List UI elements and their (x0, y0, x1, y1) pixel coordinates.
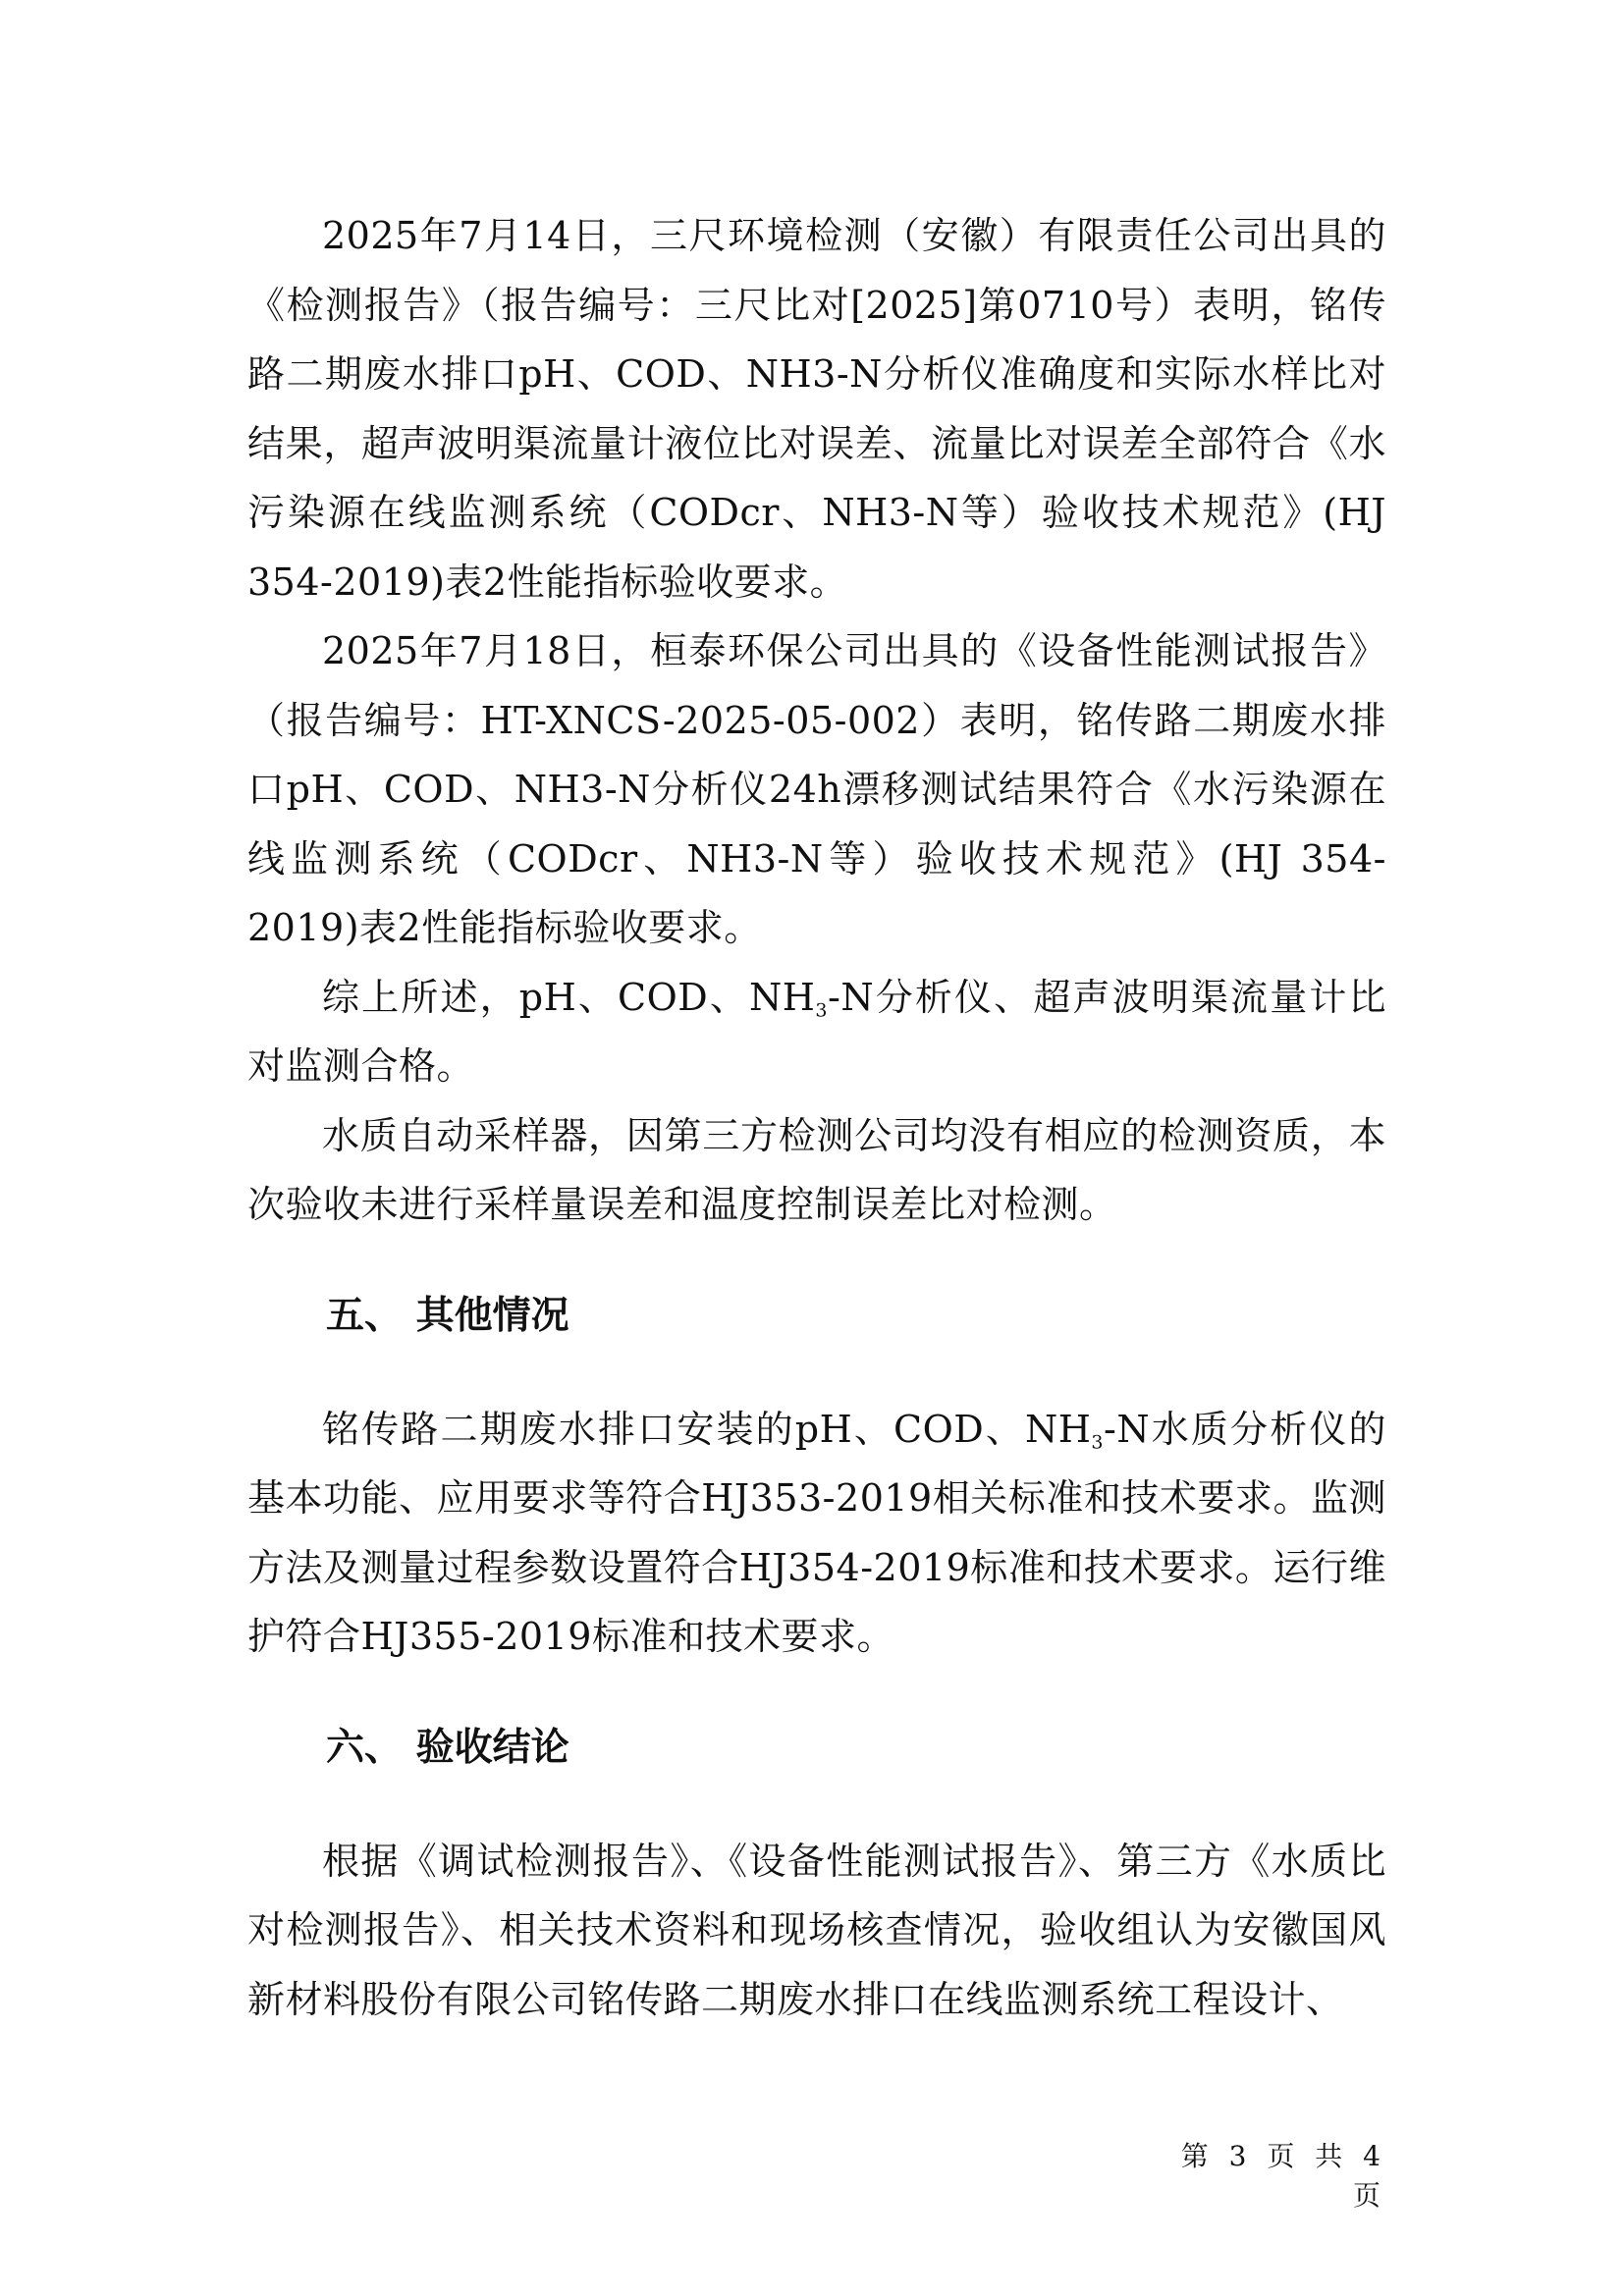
subscript-3: 3 (815, 999, 828, 1021)
section-heading-other: 五、 其他情况 (247, 1287, 1386, 1346)
paragraph-test-report: 2025年7月14日，三尺环境检测（安徽）有限责任公司出具的《检测报告》（报告编… (247, 201, 1386, 616)
other-text-before: 铭传路二期废水排口安装的pH、COD、NH (322, 1408, 1091, 1451)
subscript-3: 3 (1091, 1431, 1104, 1453)
paragraph-conclusion: 根据《调试检测报告》、《设备性能测试报告》、第三方《水质比对检测报告》、相关技术… (247, 1827, 1386, 2035)
paragraph-sampler: 水质自动采样器，因第三方检测公司均没有相应的检测资质，本次验收未进行采样量误差和… (247, 1101, 1386, 1240)
document-page: 2025年7月14日，三尺环境检测（安徽）有限责任公司出具的《检测报告》（报告编… (247, 201, 1386, 2034)
section-heading-conclusion: 六、 验收结论 (247, 1719, 1386, 1778)
paragraph-summary: 综上所述，pH、COD、NH3-N分析仪、超声波明渠流量计比对监测合格。 (247, 963, 1386, 1101)
paragraph-other: 铭传路二期废水排口安装的pH、COD、NH3-N水质分析仪的基本功能、应用要求等… (247, 1395, 1386, 1672)
page-number-footer: 第 3 页 共 4 页 (1168, 2135, 1386, 2214)
summary-text-before: 综上所述，pH、COD、NH (322, 976, 815, 1019)
paragraph-performance-report: 2025年7月18日，桓泰环保公司出具的《设备性能测试报告》（报告编号：HT-X… (247, 616, 1386, 963)
